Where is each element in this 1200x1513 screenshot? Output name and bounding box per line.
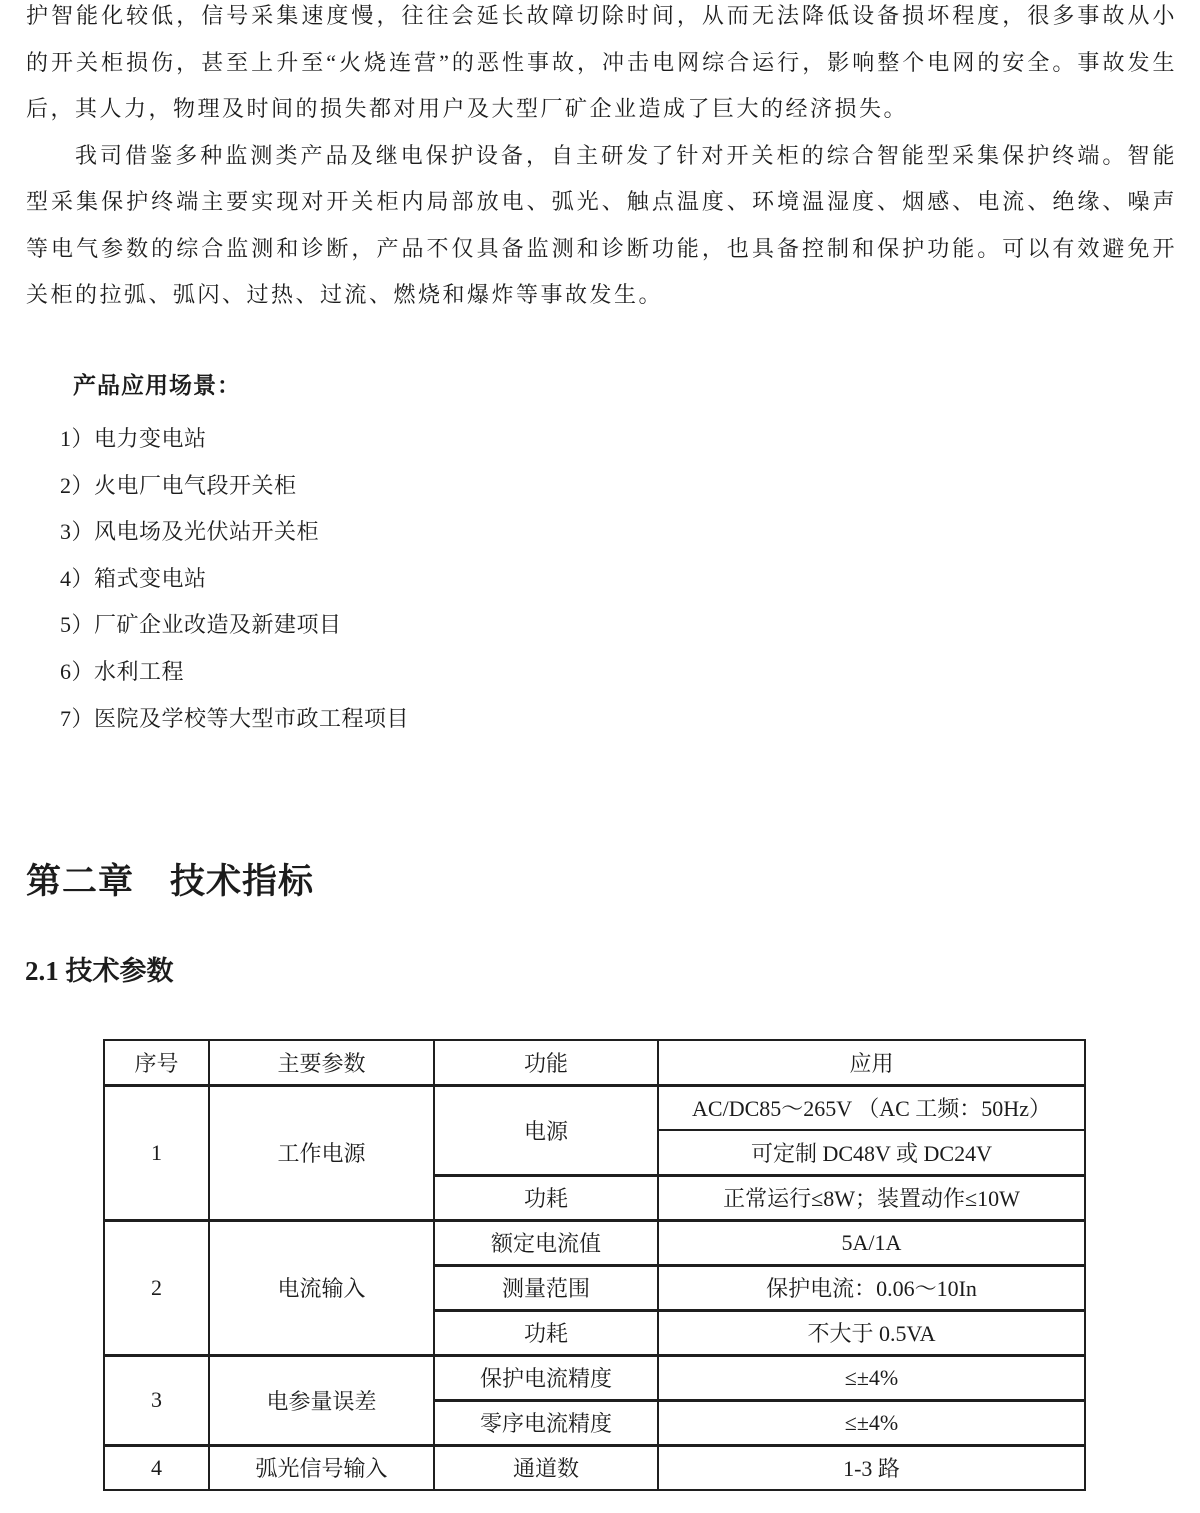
table-row: 4 弧光信号输入 通道数 1-3 路 xyxy=(104,1445,1085,1490)
application-cell: AC/DC85～265V （AC 工频：50Hz） xyxy=(658,1085,1085,1130)
application-cell: 1-3 路 xyxy=(658,1445,1085,1490)
function-cell: 零序电流精度 xyxy=(434,1400,658,1445)
function-cell: 额定电流值 xyxy=(434,1220,658,1265)
function-cell: 保护电流精度 xyxy=(434,1355,658,1400)
column-header-application: 应用 xyxy=(658,1040,1085,1085)
function-cell: 测量范围 xyxy=(434,1265,658,1310)
param-cell: 弧光信号输入 xyxy=(209,1445,434,1490)
scenario-item: 3）风电场及光伏站开关柜 xyxy=(60,509,409,556)
application-cell: 可定制 DC48V 或 DC24V xyxy=(658,1130,1085,1175)
scenario-item: 5）厂矿企业改造及新建项目 xyxy=(60,602,409,649)
column-header-param: 主要参数 xyxy=(209,1040,434,1085)
application-cell: 5A/1A xyxy=(658,1220,1085,1265)
document-page: 护智能化较低，信号采集速度慢，往往会延长故障切除时间，从而无法降低设备损坏程度，… xyxy=(0,0,1200,1513)
application-cell: 正常运行≤8W；装置动作≤10W xyxy=(658,1175,1085,1220)
section-heading: 2.1 技术参数 xyxy=(25,955,174,989)
body-paragraph-continued: 护智能化较低，信号采集速度慢，往往会延长故障切除时间，从而无法降低设备损坏程度，… xyxy=(26,0,1177,133)
body-text-block: 护智能化较低，信号采集速度慢，往往会延长故障切除时间，从而无法降低设备损坏程度，… xyxy=(26,0,1177,319)
param-cell: 电参量误差 xyxy=(209,1355,434,1445)
function-cell: 电源 xyxy=(434,1085,658,1175)
spec-table-container: 序号 主要参数 功能 应用 1 工作电源 电源 AC/DC85～265V （AC… xyxy=(103,1039,1086,1491)
serial-cell: 2 xyxy=(104,1220,209,1355)
table-row: 3 电参量误差 保护电流精度 ≤±4% xyxy=(104,1355,1085,1400)
function-cell: 功耗 xyxy=(434,1310,658,1355)
body-paragraph-intro: 我司借鉴多种监测类产品及继电保护设备，自主研发了针对开关柜的综合智能型采集保护终… xyxy=(26,133,1177,319)
scenarios-list: 1）电力变电站 2）火电厂电气段开关柜 3）风电场及光伏站开关柜 4）箱式变电站… xyxy=(60,416,409,742)
serial-cell: 4 xyxy=(104,1445,209,1490)
scenario-item: 7）医院及学校等大型市政工程项目 xyxy=(60,696,409,743)
scenario-item: 4）箱式变电站 xyxy=(60,556,409,603)
table-row: 1 工作电源 电源 AC/DC85～265V （AC 工频：50Hz） xyxy=(104,1085,1085,1130)
application-scenarios: 产品应用场景： 1）电力变电站 2）火电厂电气段开关柜 3）风电场及光伏站开关柜… xyxy=(60,372,409,742)
scenario-item: 2）火电厂电气段开关柜 xyxy=(60,463,409,510)
application-cell: 保护电流：0.06～10In xyxy=(658,1265,1085,1310)
function-cell: 功耗 xyxy=(434,1175,658,1220)
param-cell: 工作电源 xyxy=(209,1085,434,1220)
table-header-row: 序号 主要参数 功能 应用 xyxy=(104,1040,1085,1085)
column-header-serial: 序号 xyxy=(104,1040,209,1085)
application-cell: ≤±4% xyxy=(658,1355,1085,1400)
spec-table: 序号 主要参数 功能 应用 1 工作电源 电源 AC/DC85～265V （AC… xyxy=(103,1039,1086,1491)
scenario-item: 1）电力变电站 xyxy=(60,416,409,463)
function-cell: 通道数 xyxy=(434,1445,658,1490)
scenario-item: 6）水利工程 xyxy=(60,649,409,696)
column-header-function: 功能 xyxy=(434,1040,658,1085)
serial-cell: 3 xyxy=(104,1355,209,1445)
serial-cell: 1 xyxy=(104,1085,209,1220)
table-row: 2 电流输入 额定电流值 5A/1A xyxy=(104,1220,1085,1265)
application-cell: ≤±4% xyxy=(658,1400,1085,1445)
chapter-heading: 第二章 技术指标 xyxy=(26,860,314,904)
application-cell: 不大于 0.5VA xyxy=(658,1310,1085,1355)
param-cell: 电流输入 xyxy=(209,1220,434,1355)
scenarios-heading: 产品应用场景： xyxy=(73,372,409,400)
